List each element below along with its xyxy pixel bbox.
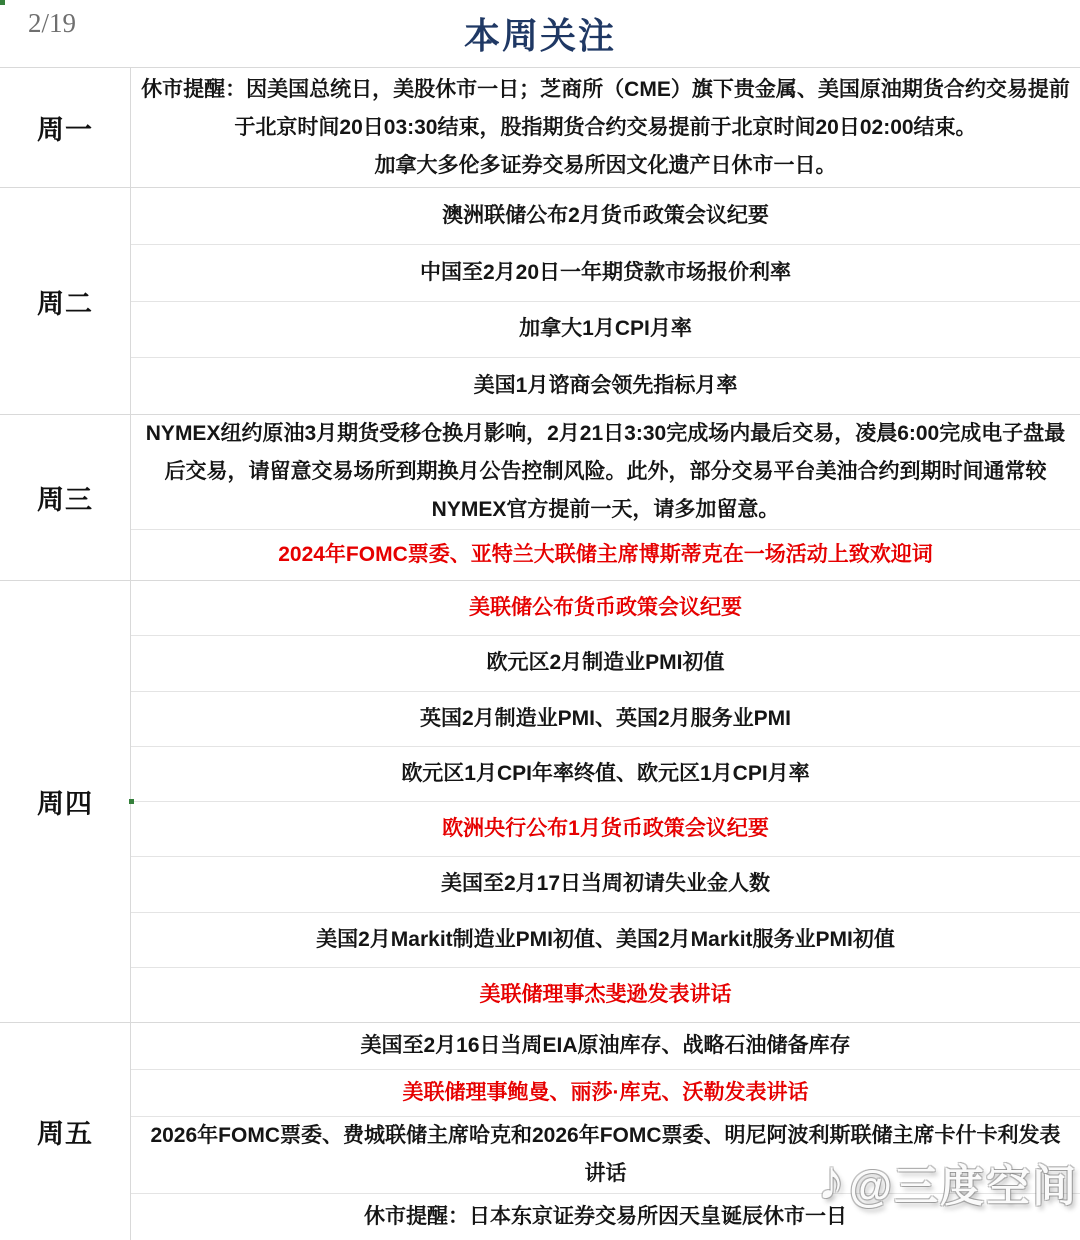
page-number: 2/19 [28, 8, 76, 39]
event-row: 美国至2月17日当周初请失业金人数 [131, 856, 1080, 911]
event-row: 欧洲央行公布1月货币政策会议纪要 [131, 801, 1080, 856]
event-text: 休市提醒：因美国总统日，美股休市一日；芝商所（CME）旗下贵金属、美国原油期货合… [141, 71, 1070, 185]
event-text: 美联储理事鲍曼、丽莎·库克、沃勒发表讲话 [403, 1074, 809, 1112]
event-row: 休市提醒：因美国总统日，美股休市一日；芝商所（CME）旗下贵金属、美国原油期货合… [131, 68, 1080, 187]
event-text: 英国2月制造业PMI、英国2月服务业PMI [420, 700, 791, 738]
artifact-dot-topleft [0, 0, 5, 5]
event-text: 欧元区1月CPI年率终值、欧元区1月CPI月率 [401, 755, 809, 793]
event-row: 中国至2月20日一年期贷款市场报价利率 [131, 244, 1080, 301]
day-label-mon: 周一 [0, 68, 131, 187]
event-text: 欧洲央行公布1月货币政策会议纪要 [442, 810, 769, 848]
event-text: 2024年FOMC票委、亚特兰大联储主席博斯蒂克在一场活动上致欢迎词 [278, 536, 933, 574]
event-text: 加拿大1月CPI月率 [519, 310, 692, 348]
event-row: 欧元区2月制造业PMI初值 [131, 635, 1080, 690]
event-row: 澳洲联储公布2月货币政策会议纪要 [131, 188, 1080, 244]
event-text: 美国2月Markit制造业PMI初值、美国2月Markit服务业PMI初值 [316, 921, 895, 959]
weekly-schedule-table: 周一休市提醒：因美国总统日，美股休市一日；芝商所（CME）旗下贵金属、美国原油期… [0, 68, 1080, 1240]
event-text: 美国1月谘商会领先指标月率 [474, 367, 738, 405]
events-column-mon: 休市提醒：因美国总统日，美股休市一日；芝商所（CME）旗下贵金属、美国原油期货合… [131, 68, 1080, 187]
events-column-thu: 美联储公布货币政策会议纪要欧元区2月制造业PMI初值英国2月制造业PMI、英国2… [131, 581, 1080, 1022]
event-text: 欧元区2月制造业PMI初值 [486, 644, 724, 682]
artifact-dot-grid [129, 799, 134, 804]
event-row: 英国2月制造业PMI、英国2月服务业PMI [131, 691, 1080, 746]
event-row: 欧元区1月CPI年率终值、欧元区1月CPI月率 [131, 746, 1080, 801]
event-row: 美国1月谘商会领先指标月率 [131, 357, 1080, 414]
event-row: 休市提醒：日本东京证券交易所因天皇诞辰休市一日 [131, 1193, 1080, 1240]
weekly-focus-page: 2/19 本周关注 周一休市提醒：因美国总统日，美股休市一日；芝商所（CME）旗… [0, 0, 1080, 1240]
event-row: 2026年FOMC票委、费城联储主席哈克和2026年FOMC票委、明尼阿波利斯联… [131, 1116, 1080, 1193]
event-text: 美国至2月17日当周初请失业金人数 [441, 865, 770, 903]
day-label-wed: 周三 [0, 415, 131, 580]
day-label-tue: 周二 [0, 188, 131, 414]
event-text: 美联储理事杰斐逊发表讲话 [480, 976, 732, 1014]
event-text: NYMEX纽约原油3月期货受移仓换月影响，2月21日3:30完成场内最后交易，凌… [141, 415, 1070, 529]
event-row: NYMEX纽约原油3月期货受移仓换月影响，2月21日3:30完成场内最后交易，凌… [131, 415, 1080, 529]
event-text: 澳洲联储公布2月货币政策会议纪要 [442, 197, 769, 235]
events-column-fri: 美国至2月16日当周EIA原油库存、战略石油储备库存美联储理事鲍曼、丽莎·库克、… [131, 1023, 1080, 1240]
event-row: 美国2月Markit制造业PMI初值、美国2月Markit服务业PMI初值 [131, 912, 1080, 967]
page-header: 2/19 本周关注 [0, 0, 1080, 68]
event-row: 美联储理事鲍曼、丽莎·库克、沃勒发表讲话 [131, 1069, 1080, 1116]
day-group-mon: 周一休市提醒：因美国总统日，美股休市一日；芝商所（CME）旗下贵金属、美国原油期… [0, 68, 1080, 188]
event-row: 2024年FOMC票委、亚特兰大联储主席博斯蒂克在一场活动上致欢迎词 [131, 529, 1080, 580]
event-row: 美联储公布货币政策会议纪要 [131, 581, 1080, 635]
event-text: 2026年FOMC票委、费城联储主席哈克和2026年FOMC票委、明尼阿波利斯联… [141, 1117, 1070, 1193]
day-label-thu: 周四 [0, 581, 131, 1022]
event-text: 中国至2月20日一年期贷款市场报价利率 [420, 254, 791, 292]
day-group-thu: 周四美联储公布货币政策会议纪要欧元区2月制造业PMI初值英国2月制造业PMI、英… [0, 581, 1080, 1023]
day-group-fri: 周五美国至2月16日当周EIA原油库存、战略石油储备库存美联储理事鲍曼、丽莎·库… [0, 1023, 1080, 1240]
event-text: 美国至2月16日当周EIA原油库存、战略石油储备库存 [360, 1027, 850, 1065]
event-row: 美国至2月16日当周EIA原油库存、战略石油储备库存 [131, 1023, 1080, 1069]
event-row: 美联储理事杰斐逊发表讲话 [131, 967, 1080, 1022]
events-column-tue: 澳洲联储公布2月货币政策会议纪要中国至2月20日一年期贷款市场报价利率加拿大1月… [131, 188, 1080, 414]
day-group-wed: 周三NYMEX纽约原油3月期货受移仓换月影响，2月21日3:30完成场内最后交易… [0, 415, 1080, 581]
page-title: 本周关注 [464, 8, 616, 59]
event-text: 美联储公布货币政策会议纪要 [469, 589, 742, 627]
day-label-fri: 周五 [0, 1023, 131, 1240]
event-text: 休市提醒：日本东京证券交易所因天皇诞辰休市一日 [364, 1198, 847, 1236]
day-group-tue: 周二澳洲联储公布2月货币政策会议纪要中国至2月20日一年期贷款市场报价利率加拿大… [0, 188, 1080, 415]
events-column-wed: NYMEX纽约原油3月期货受移仓换月影响，2月21日3:30完成场内最后交易，凌… [131, 415, 1080, 580]
event-row: 加拿大1月CPI月率 [131, 301, 1080, 358]
